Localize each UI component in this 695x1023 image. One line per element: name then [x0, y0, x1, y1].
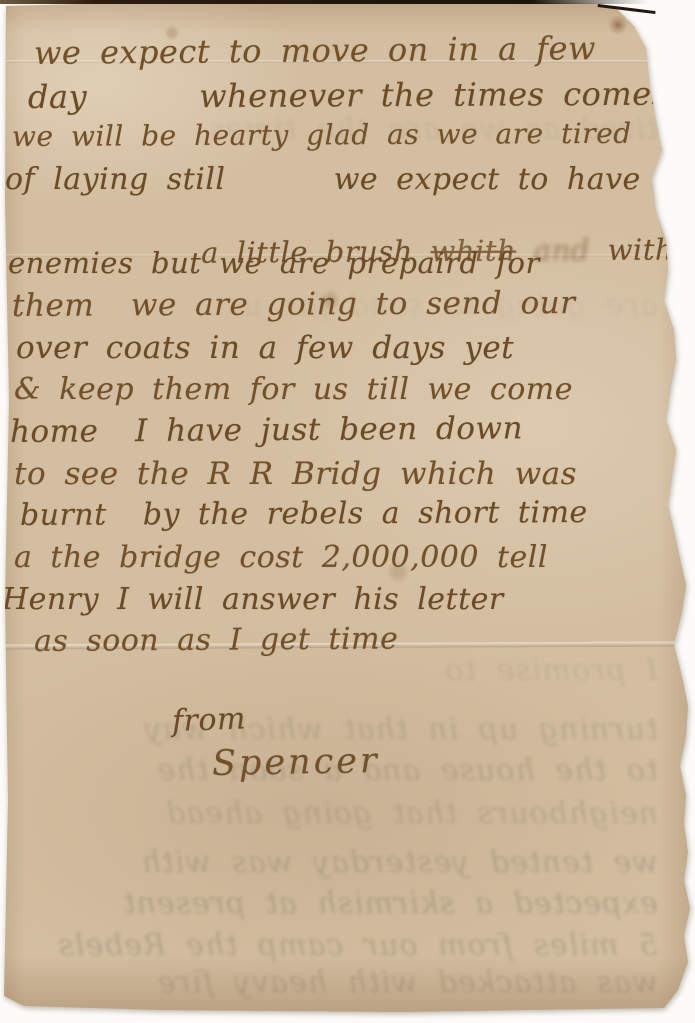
- signature: Spencer: [212, 741, 380, 784]
- letter-line: them we are going to send our: [12, 285, 576, 324]
- letter-line: enemies but we are prepaird for: [8, 246, 540, 280]
- letter-line: a the bridge cost 2,000,000 tell: [14, 540, 548, 575]
- letter-line: as soon as I get time: [34, 621, 399, 659]
- letter-paper: tired as we are the times are going to s…: [0, 0, 692, 1014]
- paper-shadow: tired as we are the times are going to s…: [0, 0, 692, 1014]
- letter-line: we will be hearty glad as we are tired: [12, 117, 632, 153]
- scanned-letter-page: tired as we are the times are going to s…: [0, 0, 695, 1023]
- letter-line: & keep them for us till we come: [14, 372, 573, 407]
- letter-line: home I have just been down: [10, 410, 523, 450]
- closing-from: from: [171, 701, 246, 739]
- letter-line: we expect to move on in a few: [34, 29, 596, 72]
- letter-line: burnt by the rebels a short time: [20, 495, 588, 533]
- letter-line: of laying still we expect to have: [5, 162, 641, 197]
- letter-line: to see the R R Bridg which was: [14, 456, 577, 492]
- letter-line: day whenever the times comes: [28, 75, 669, 116]
- letter-body: we expect to move on in a few day whenev…: [0, 0, 692, 1014]
- letter-line: Henry I will answer his letter: [2, 582, 504, 617]
- letter-line-text: with the: [590, 232, 695, 267]
- letter-line: over coats in a few days yet: [16, 330, 514, 366]
- scanner-top-edge: [0, 0, 648, 4]
